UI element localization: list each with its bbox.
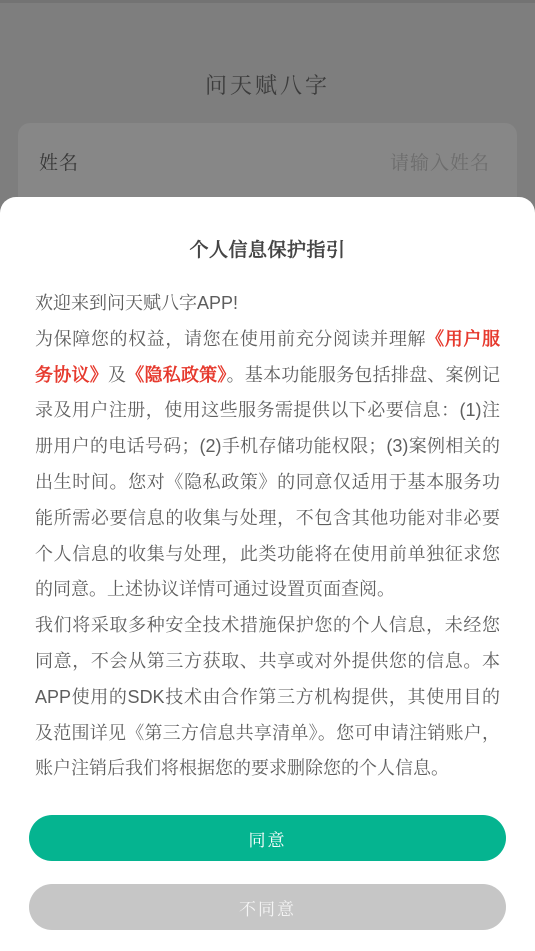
consent-text-segment: 我们将采取多种安全技术措施保护您的个人信息，未经您同意，不会从第三方获取、共享或… <box>35 615 500 778</box>
consent-text-segment: 。基本功能服务包括排盘、案例记录及用户注册，使用这些服务需提供以下必要信息：(1… <box>35 365 500 600</box>
privacy-policy-link[interactable]: 《隐私政策》 <box>126 365 226 385</box>
privacy-consent-modal: 个人信息保护指引 欢迎来到问天赋八字APP!为保障您的权益，请您在使用前充分阅读… <box>0 197 535 951</box>
consent-text: 欢迎来到问天赋八字APP!为保障您的权益，请您在使用前充分阅读并理解《用户服务协… <box>35 286 500 787</box>
consent-paragraph: 欢迎来到问天赋八字APP! <box>35 286 500 322</box>
consent-text-segment: 欢迎来到问天赋八字APP! <box>35 293 238 313</box>
name-label: 姓名 <box>39 148 79 175</box>
name-input-placeholder[interactable]: 请输入姓名 <box>390 148 490 175</box>
consent-text-segment: 为保障您的权益，请您在使用前充分阅读并理解 <box>35 329 426 349</box>
consent-paragraph: 我们将采取多种安全技术措施保护您的个人信息，未经您同意，不会从第三方获取、共享或… <box>35 608 500 787</box>
name-field-row[interactable]: 姓名 请输入姓名 <box>39 123 490 199</box>
disagree-button[interactable]: 不同意 <box>29 884 506 930</box>
status-bar-shade <box>0 0 535 3</box>
modal-title: 个人信息保护指引 <box>35 240 500 262</box>
app-title: 问天赋八字 <box>0 69 535 100</box>
app-screen: 问天赋八字 姓名 请输入姓名 个人信息保护指引 欢迎来到问天赋八字APP!为保障… <box>0 0 535 951</box>
agree-button[interactable]: 同意 <box>29 815 506 861</box>
consent-text-segment: 及 <box>108 365 126 385</box>
consent-paragraph: 为保障您的权益，请您在使用前充分阅读并理解《用户服务协议》及《隐私政策》。基本功… <box>35 322 500 608</box>
